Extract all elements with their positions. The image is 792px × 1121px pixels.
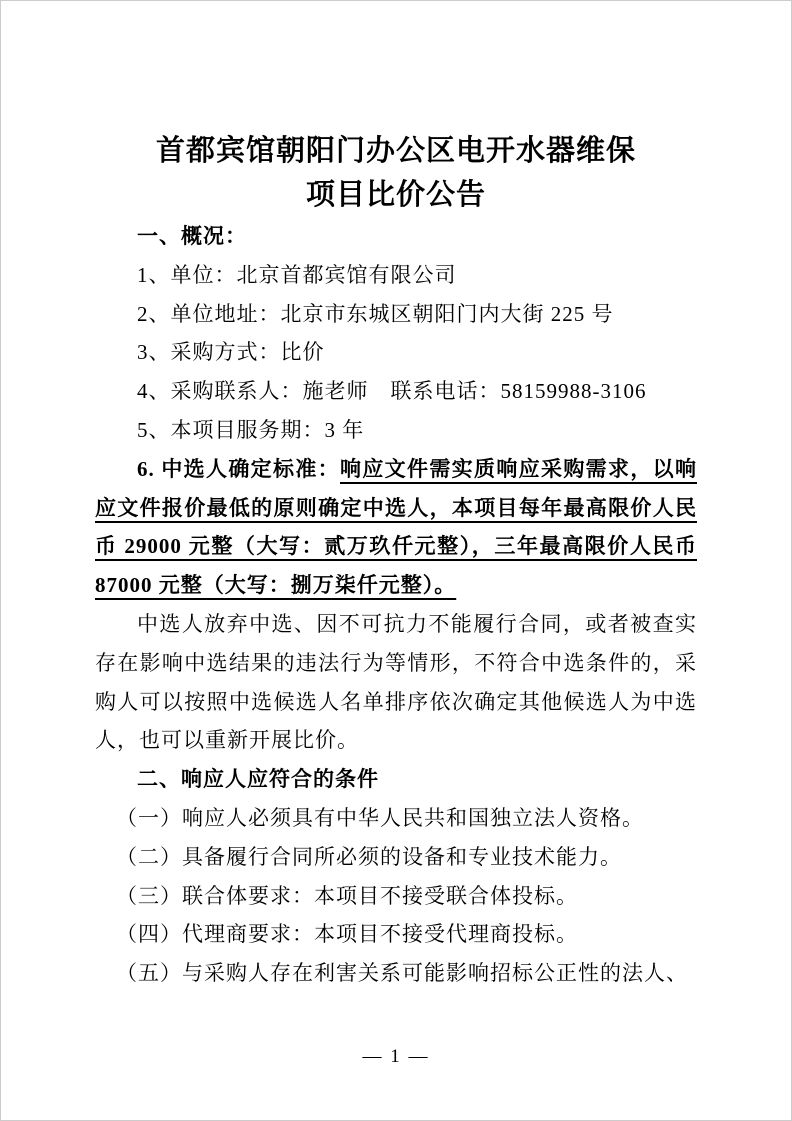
condition-item-agent: （四）代理商要求：本项目不接受代理商投标。: [95, 915, 697, 954]
document-body: 一、概况： 1、单位：北京首都宾馆有限公司 2、单位地址：北京市东城区朝阳门内大…: [95, 217, 697, 993]
condition-item-capability: （二）具备履行合同所必须的设备和专业技术能力。: [95, 838, 697, 877]
overview-item-address: 2、单位地址：北京市东城区朝阳门内大街 225 号: [95, 295, 697, 334]
title-line-1: 首都宾馆朝阳门办公区电开水器维保: [95, 129, 697, 173]
overview-item-unit: 1、单位：北京首都宾馆有限公司: [95, 256, 697, 295]
selection-criteria-label: 6. 中选人确定标准：: [137, 457, 340, 481]
document-content: 首都宾馆朝阳门办公区电开水器维保 项目比价公告 一、概况： 1、单位：北京首都宾…: [1, 1, 791, 993]
section-overview-heading: 一、概况：: [95, 217, 697, 256]
document-page: 首都宾馆朝阳门办公区电开水器维保 项目比价公告 一、概况： 1、单位：北京首都宾…: [0, 0, 792, 1121]
overview-item-contact: 4、采购联系人：施老师 联系电话：58159988-3106: [95, 372, 697, 411]
document-title: 首都宾馆朝阳门办公区电开水器维保 项目比价公告: [95, 129, 697, 217]
page-number: — 1 —: [1, 1046, 791, 1068]
overview-item-method: 3、采购方式：比价: [95, 333, 697, 372]
condition-item-conflict-of-interest: （五）与采购人存在利害关系可能影响招标公正性的法人、: [95, 954, 697, 993]
condition-item-consortium: （三）联合体要求：本项目不接受联合体投标。: [95, 877, 697, 916]
overview-item-service-period: 5、本项目服务期：3 年: [95, 411, 697, 450]
title-line-2: 项目比价公告: [95, 173, 697, 217]
condition-item-legal-person: （一）响应人必须具有中华人民共和国独立法人资格。: [95, 799, 697, 838]
section-conditions-heading: 二、响应人应符合的条件: [95, 760, 697, 799]
fallback-candidate-paragraph: 中选人放弃中选、因不可抗力不能履行合同，或者被查实存在影响中选结果的违法行为等情…: [95, 605, 697, 760]
selection-criteria-paragraph: 6. 中选人确定标准：响应文件需实质响应采购需求，以响应文件报价最低的原则确定中…: [95, 450, 697, 605]
